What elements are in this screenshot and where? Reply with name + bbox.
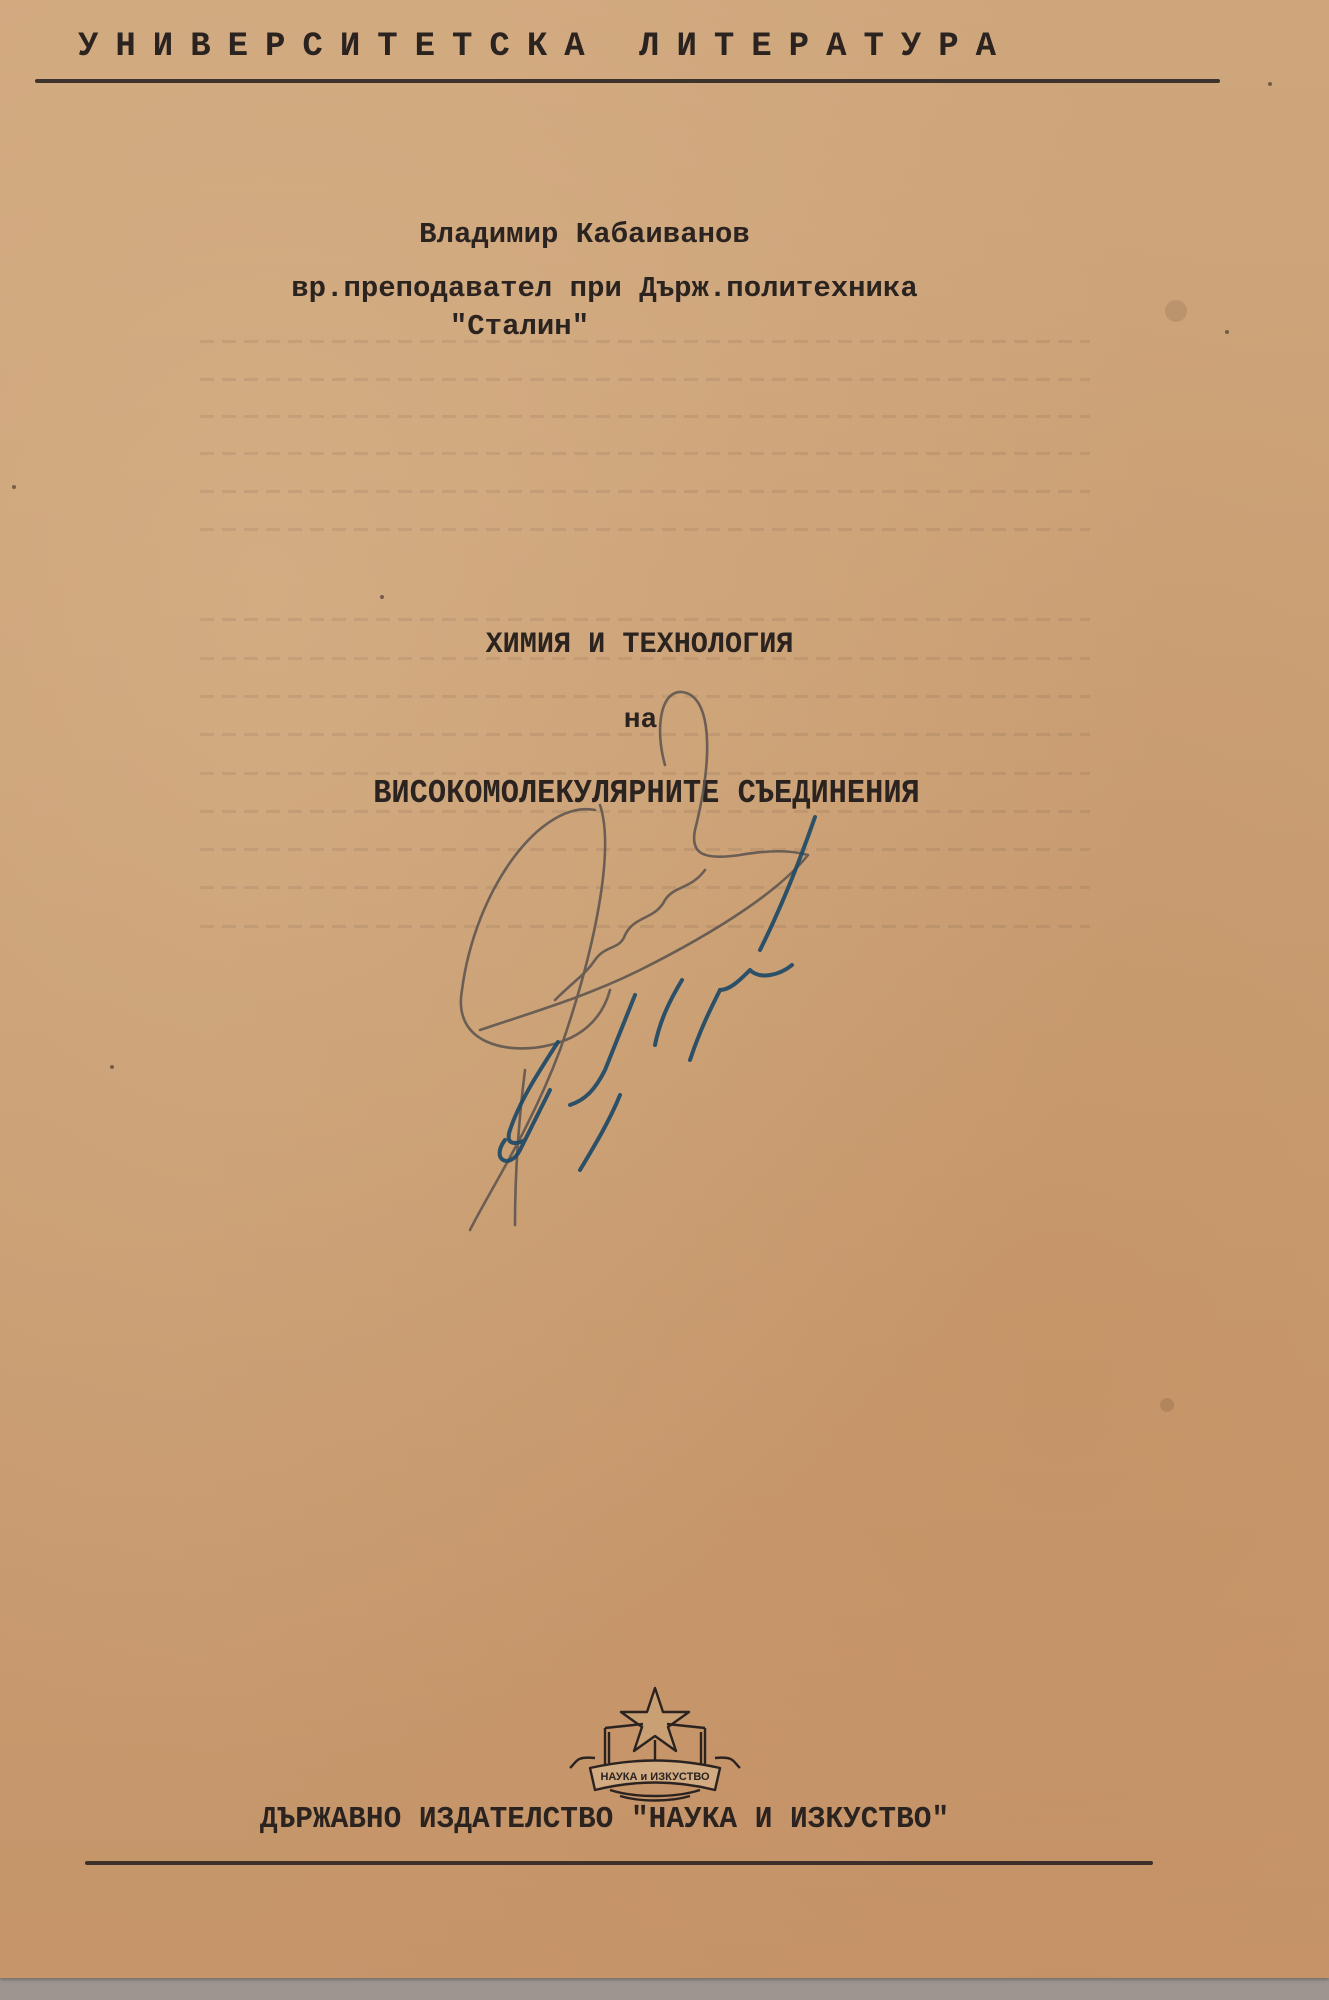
show-through-text [200, 528, 1090, 531]
show-through-text [200, 618, 1090, 621]
bottom-rule-divider [85, 1861, 1153, 1865]
show-through-text [200, 490, 1090, 493]
book-title-line1: ХИМИЯ И ТЕХНОЛОГИЯ [8, 628, 1271, 662]
paper-speck [1268, 82, 1272, 86]
paper-speck [380, 595, 384, 599]
author-affiliation-line2: "Сталин" [0, 310, 1184, 343]
top-rule-divider [35, 79, 1220, 83]
paper-stain [1165, 300, 1187, 322]
publisher-name: ДЪРЖАВНО ИЗДАТЕЛСТВО "НАУКА И ИЗКУСТВО" [0, 1802, 1236, 1837]
title-page: УНИВЕРСИТЕТСКА ЛИТЕРАТУРА Владимир Кабаи… [0, 0, 1329, 1978]
series-header: УНИВЕРСИТЕТСКА ЛИТЕРАТУРА [78, 28, 1013, 66]
handwritten-signature [420, 690, 880, 1250]
show-through-text [200, 452, 1090, 455]
star-book-emblem-icon: НАУКА и ИЗКУСТВО [565, 1680, 745, 1805]
author-affiliation-line1: вр.преподавател при Държ.политехника [0, 272, 1269, 305]
show-through-text [200, 378, 1090, 381]
paper-stain [1160, 1398, 1174, 1412]
show-through-text [200, 340, 1090, 343]
paper-speck [110, 1065, 114, 1069]
logo-ribbon-text: НАУКА и ИЗКУСТВО [600, 1771, 710, 1783]
paper-speck [1225, 330, 1229, 334]
show-through-text [200, 415, 1090, 418]
author-name: Владимир Кабаиванов [0, 218, 1249, 251]
paper-speck [12, 485, 16, 489]
